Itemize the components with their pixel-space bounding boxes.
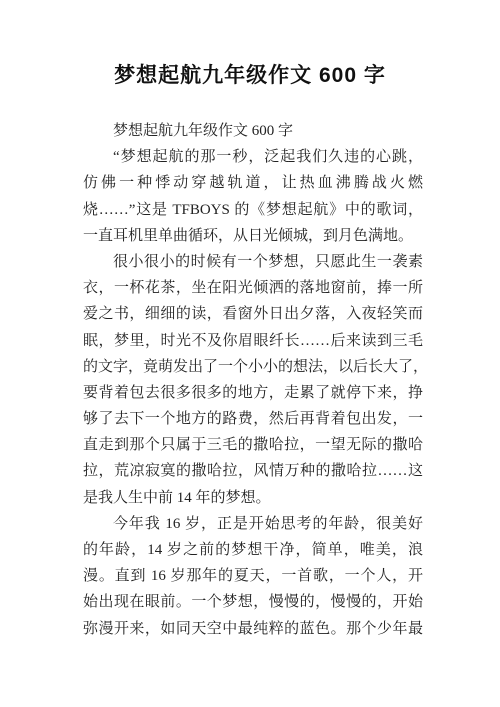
essay-line: 漫。直到 16 岁那年的夏天，一首歌，一个人，开 bbox=[83, 563, 423, 589]
essay-line: 够了去下一个地方的路费，然后再背着包出发，一 bbox=[83, 406, 423, 432]
essay-line: 的文字，竟萌发出了一个小小的想法，以后长大了， bbox=[83, 354, 423, 380]
essay-body: 梦想起航九年级作文 600 字 “梦想起航的那一秒，泛起我们久违的心跳， 仿佛一… bbox=[83, 118, 423, 642]
essay-line: 的年龄，14 岁之前的梦想干净，简单，唯美，浪 bbox=[83, 537, 423, 563]
essay-line: 始出现在眼前。一个梦想，慢慢的，慢慢的，开始 bbox=[83, 589, 423, 615]
essay-line: 拉，荒凉寂寞的撒哈拉，风情万种的撒哈拉……这 bbox=[83, 458, 423, 484]
essay-line: 眠，梦里，时光不及你眉眼纤长……后来读到三毛 bbox=[83, 328, 423, 354]
essay-line: 仿佛一种悸动穿越轨道，让热血沸腾战火燃 bbox=[83, 170, 423, 196]
essay-line: 要背着包去很多很多的地方，走累了就停下来，挣 bbox=[83, 380, 423, 406]
essay-line: 爱之书，细细的读，看窗外日出夕落，入夜轻笑而 bbox=[83, 301, 423, 327]
essay-title: 梦想起航九年级作文 600 字 bbox=[0, 61, 500, 91]
essay-subtitle-line: 梦想起航九年级作文 600 字 bbox=[83, 118, 423, 144]
essay-line: 是我人生中前 14 年的梦想。 bbox=[83, 485, 423, 511]
essay-line: “梦想起航的那一秒，泛起我们久违的心跳， bbox=[83, 144, 423, 170]
document-page: 梦想起航九年级作文 600 字 梦想起航九年级作文 600 字 “梦想起航的那一… bbox=[0, 0, 500, 707]
essay-line: 直走到那个只属于三毛的撒哈拉，一望无际的撒哈 bbox=[83, 432, 423, 458]
essay-line: 很小很小的时候有一个梦想，只愿此生一袭素 bbox=[83, 249, 423, 275]
essay-line: 衣，一杯花茶，坐在阳光倾洒的落地窗前，捧一所 bbox=[83, 275, 423, 301]
essay-line: 烧……”这是 TFBOYS 的《梦想起航》中的歌词， bbox=[83, 197, 423, 223]
essay-line: 弥漫开来，如同天空中最纯粹的蓝色。那个少年最 bbox=[83, 616, 423, 642]
essay-line: 一直耳机里单曲循环，从日光倾城，到月色满地。 bbox=[83, 223, 423, 249]
essay-line: 今年我 16 岁，正是开始思考的年龄，很美好 bbox=[83, 511, 423, 537]
